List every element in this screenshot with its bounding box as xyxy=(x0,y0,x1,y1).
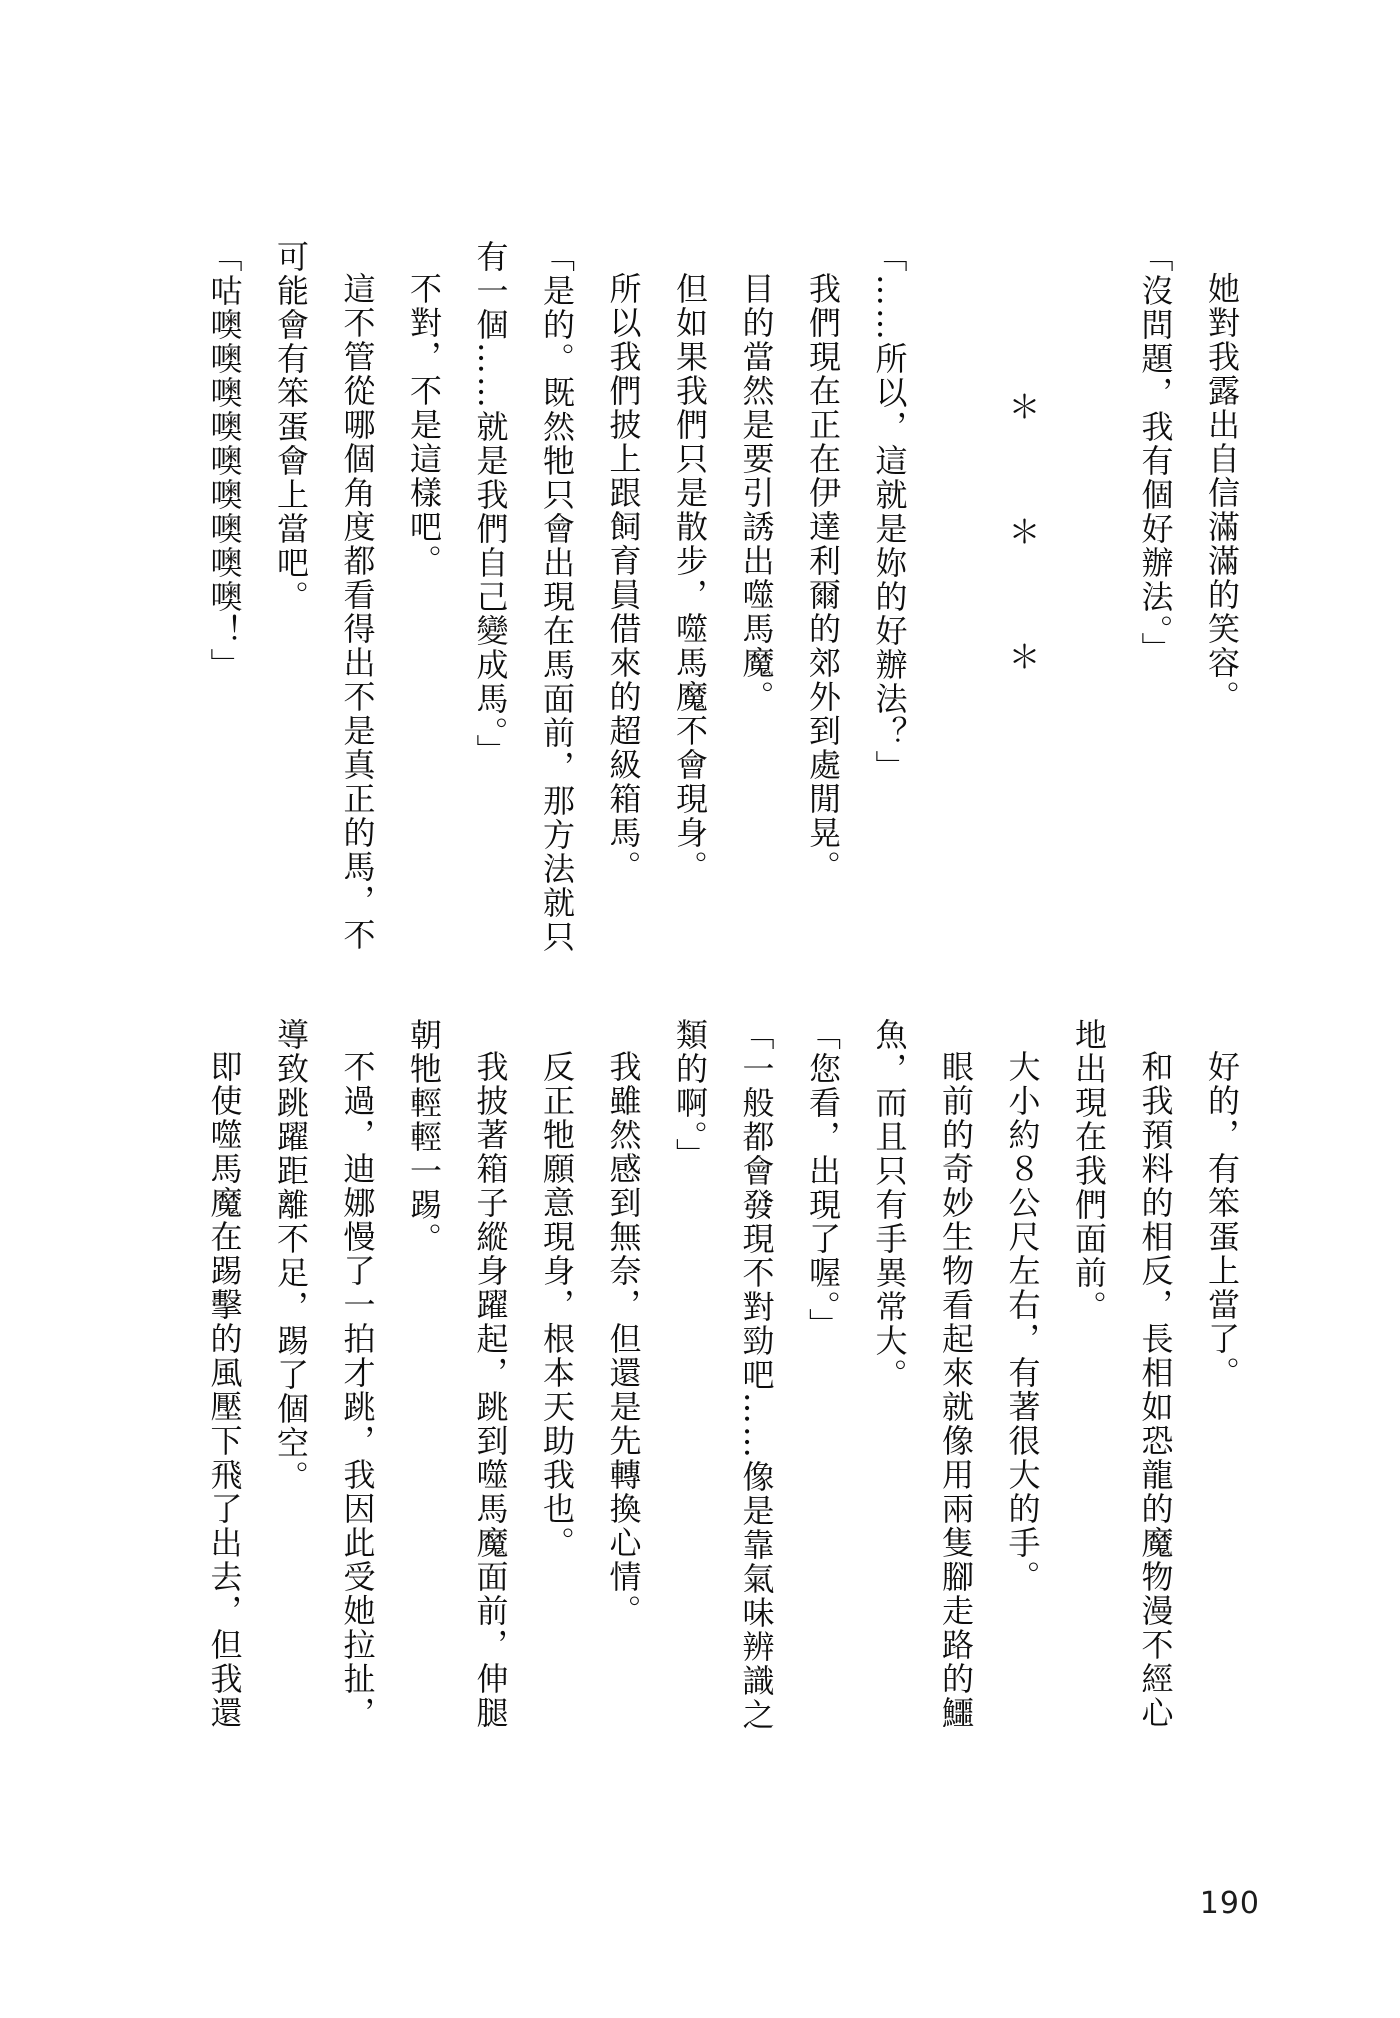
paragraph-narration: 反正牠願意現身，根本天助我也。 xyxy=(524,1018,591,1750)
paragraph-dialogue: 「是的。既然牠只會出現在馬面前，那方法就只有一個……就是我們自己變成馬。」 xyxy=(457,240,590,972)
paragraph-narration: 所以我們披上跟飼育員借來的超級箱馬。 xyxy=(590,240,657,972)
paragraph-dialogue: 「……所以，這就是妳的好辦法？」 xyxy=(856,240,923,972)
bottom-text-block: 好的，有笨蛋上當了。和我預料的相反，長相如恐龍的魔物漫不經心地出現在我們面前。大… xyxy=(191,1018,1255,1750)
top-text-block: 她對我露出自信滿滿的笑容。「沒問題，我有個好辦法。」＊＊＊「……所以，這就是妳的… xyxy=(191,240,1255,972)
paragraph-dialogue: 「您看，出現了喔。」 xyxy=(790,1018,857,1750)
paragraph-narration: 不對，不是這樣吧。 xyxy=(391,240,458,972)
paragraph-narration: 眼前的奇妙生物看起來就像用兩隻腳走路的鱷魚，而且只有手異常大。 xyxy=(856,1018,989,1750)
paragraph-narration: 我披著箱子縱身躍起，跳到噬馬魔面前，伸腿朝牠輕輕一踢。 xyxy=(391,1018,524,1750)
paragraph-dialogue: 「沒問題，我有個好辦法。」 xyxy=(1122,240,1189,972)
paragraph-narration: 和我預料的相反，長相如恐龍的魔物漫不經心地出現在我們面前。 xyxy=(1056,1018,1189,1750)
paragraph-narration: 大小約８公尺左右，有著很大的手。 xyxy=(989,1018,1056,1750)
paragraph-narration: 我們現在正在伊達利爾的郊外到處閒晃。 xyxy=(790,240,857,972)
paragraph-narration: 目的當然是要引誘出噬馬魔。 xyxy=(723,240,790,972)
paragraph-narration: 即使噬馬魔在踢擊的風壓下飛了出去，但我還 xyxy=(191,1018,258,1750)
paragraph-narration: 她對我露出自信滿滿的笑容。 xyxy=(1189,240,1256,972)
book-page: 她對我露出自信滿滿的笑容。「沒問題，我有個好辦法。」＊＊＊「……所以，這就是妳的… xyxy=(0,0,1400,2018)
page-number: 190 xyxy=(1200,1886,1260,1921)
paragraph-dialogue: 「咕噢噢噢噢噢噢噢噢噢！」 xyxy=(191,240,258,972)
paragraph-narration: 但如果我們只是散步，噬馬魔不會現身。 xyxy=(657,240,724,972)
paragraph-narration: 好的，有笨蛋上當了。 xyxy=(1189,1018,1256,1750)
paragraph-narration: 這不管從哪個角度都看得出不是真正的馬，不可能會有笨蛋會上當吧。 xyxy=(258,240,391,972)
paragraph-dialogue: 「一般都會發現不對勁吧……像是靠氣味辨識之類的啊。」 xyxy=(657,1018,790,1750)
paragraph-narration: 不過，迪娜慢了一拍才跳，我因此受她拉扯，導致跳躍距離不足，踢了個空。 xyxy=(258,1018,391,1750)
paragraph-separator: ＊＊＊ xyxy=(989,240,1056,972)
paragraph-narration: 我雖然感到無奈，但還是先轉換心情。 xyxy=(590,1018,657,1750)
